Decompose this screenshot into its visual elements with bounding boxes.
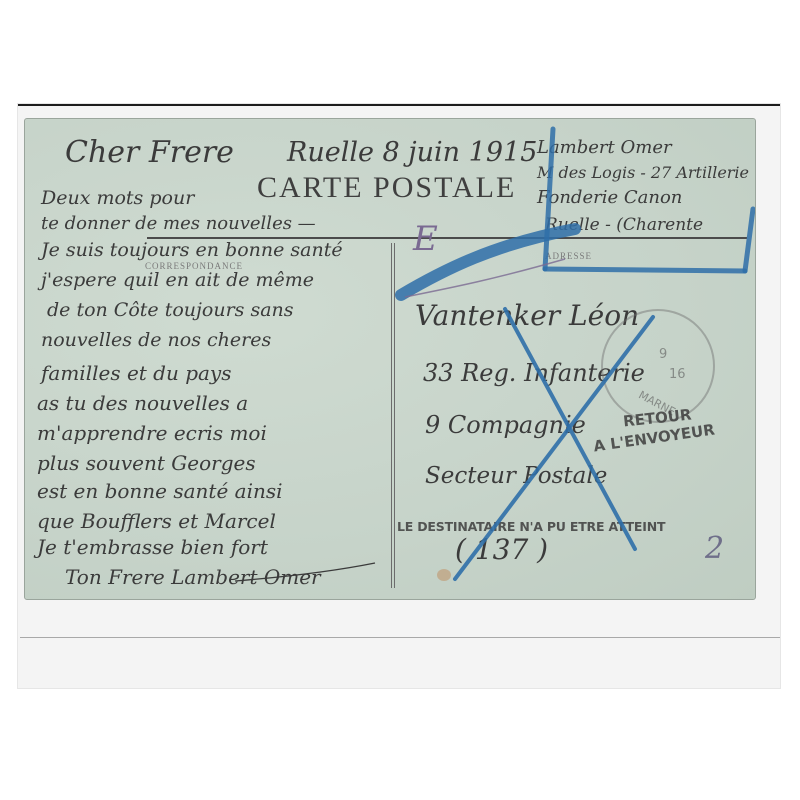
stain-spot	[437, 569, 451, 581]
recipient-line: Secteur Postale	[425, 463, 607, 489]
postmark-month: 16	[669, 367, 686, 382]
crossed-annotation: E	[413, 219, 438, 259]
message-line: plus souvent Georges	[37, 451, 256, 475]
sender-line: Fonderie Canon	[537, 187, 682, 208]
postmark-day: 9	[659, 347, 667, 362]
message-line: te donner de mes nouvelles —	[41, 213, 316, 234]
center-divider-right	[394, 243, 395, 588]
message-line: familles et du pays	[41, 361, 232, 385]
postcard-title: CARTE POSTALE	[257, 171, 516, 205]
message-line: as tu des nouvelles a	[37, 391, 248, 415]
sender-line: Lambert Omer	[537, 137, 672, 158]
signature-line: Ton Frere Lambert Omer	[65, 565, 321, 589]
message-line: m'apprendre ecris moi	[37, 421, 267, 445]
message-line: nouvelles de nos cheres	[41, 329, 271, 351]
sleeve-edge-line	[20, 637, 780, 638]
message-line: j'espere quil en ait de même	[41, 269, 314, 291]
message-line: Je t'embrasse bien fort	[37, 535, 268, 559]
sender-line: M des Logis - 27 Artillerie	[537, 163, 749, 182]
message-line: de ton Côte toujours sans	[47, 299, 294, 321]
postcard-back: CARTE POSTALE CORRESPONDANCE ADRESSE Che…	[24, 118, 756, 600]
salutation: Cher Frere	[65, 135, 234, 170]
address-label: ADRESSE	[545, 251, 592, 261]
recipient-line: 9 Compagnie	[425, 411, 586, 439]
recipient-sector-number: ( 137 )	[455, 533, 548, 566]
undeliverable-stamp: LE DESTINATAIRE N'A PU ETRE ATTEINT	[397, 519, 665, 534]
message-line: Je suis toujours en bonne santé	[41, 239, 343, 261]
message-line: est en bonne santé ainsi	[37, 479, 283, 503]
recipient-name: Vantenker Léon	[415, 299, 639, 332]
message-line: Deux mots pour	[41, 187, 194, 209]
pencil-annotation: 2	[705, 531, 724, 566]
place-date: Ruelle 8 juin 1915	[287, 137, 537, 168]
sender-line: Ruelle - (Charente	[545, 215, 703, 235]
message-line: que Boufflers et Marcel	[37, 509, 276, 533]
center-divider-left	[391, 243, 392, 588]
